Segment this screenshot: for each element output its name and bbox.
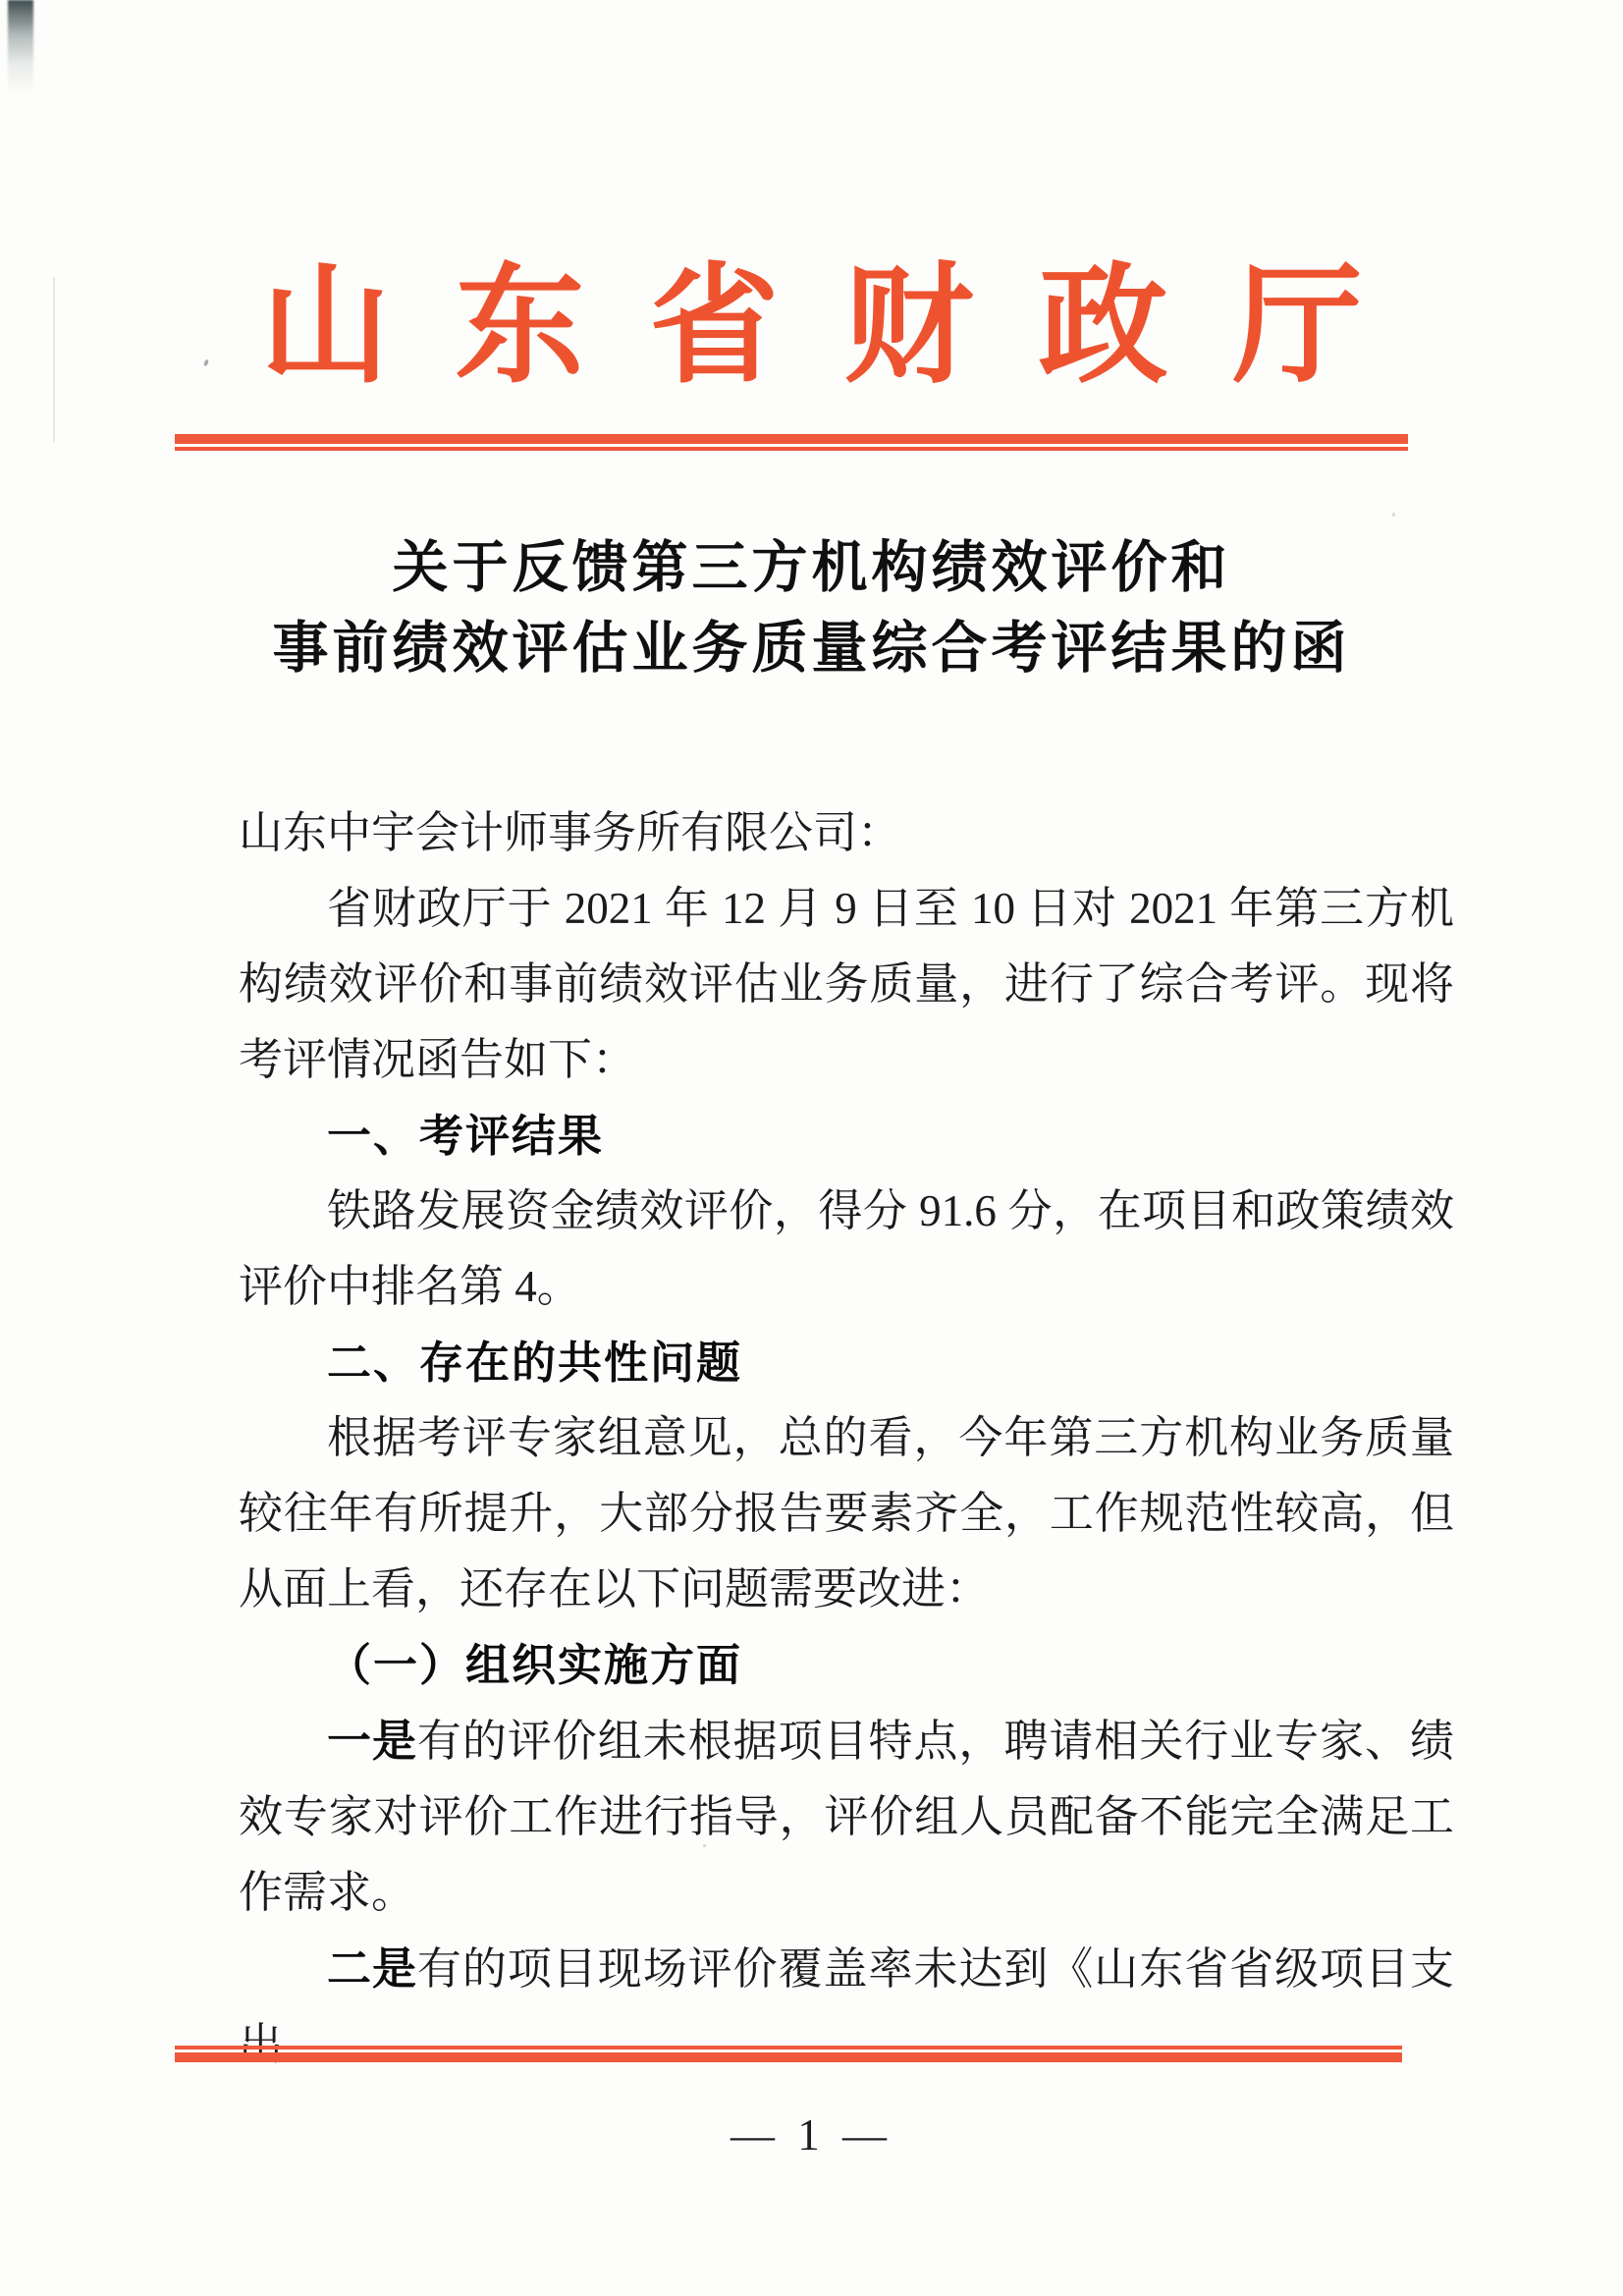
paragraph-issue-1: 一是有的评价组未根据项目特点，聘请相关行业专家、绩效专家对评价工作进行指导，评价… <box>239 1703 1454 1931</box>
issue-2-lead: 二是 <box>327 1942 417 1995</box>
paragraph-intro: 省财政厅于 2021 年 12 月 9 日至 10 日对 2021 年第三方机构… <box>239 871 1454 1098</box>
scan-smudge <box>8 0 33 94</box>
issue-1-text: 有的评价组未根据项目特点，聘请相关行业专家、绩效专家对评价工作进行指导，评价组人… <box>239 1717 1454 1917</box>
document-title-line1: 关于反馈第三方机构绩效评价和 <box>0 528 1623 609</box>
section-heading-2: 二、存在的共性问题 <box>239 1325 1454 1400</box>
paragraph-overview: 根据考评专家组意见，总的看，今年第三方机构业务质量较往年有所提升，大部分报告要素… <box>239 1400 1454 1627</box>
agency-letterhead-title: 山东省财政厅 <box>0 253 1623 401</box>
document-title: 关于反馈第三方机构绩效评价和 事前绩效评估业务质量综合考评结果的函 <box>0 528 1623 689</box>
paragraph-results: 铁路发展资金绩效评价，得分 91.6 分，在项目和政策绩效评价中排名第 4。 <box>239 1174 1454 1325</box>
subsection-heading-1: （一）组织实施方面 <box>239 1627 1454 1703</box>
footer-red-rule <box>175 2046 1402 2062</box>
section-heading-1: 一、考评结果 <box>239 1098 1454 1174</box>
page-number: — 1 — <box>0 2109 1623 2160</box>
document-title-line2: 事前绩效评估业务质量综合考评结果的函 <box>0 609 1623 689</box>
document-body: 山东中宇会计师事务所有限公司： 省财政厅于 2021 年 12 月 9 日至 1… <box>239 795 1454 2083</box>
issue-1-lead: 一是 <box>327 1715 417 1767</box>
salutation: 山东中宇会计师事务所有限公司： <box>239 795 1454 871</box>
scan-speck <box>1392 513 1395 517</box>
letterhead-red-rule <box>175 434 1408 451</box>
scanned-document-page: 山东省财政厅 关于反馈第三方机构绩效评价和 事前绩效评估业务质量综合考评结果的函… <box>0 0 1623 2296</box>
